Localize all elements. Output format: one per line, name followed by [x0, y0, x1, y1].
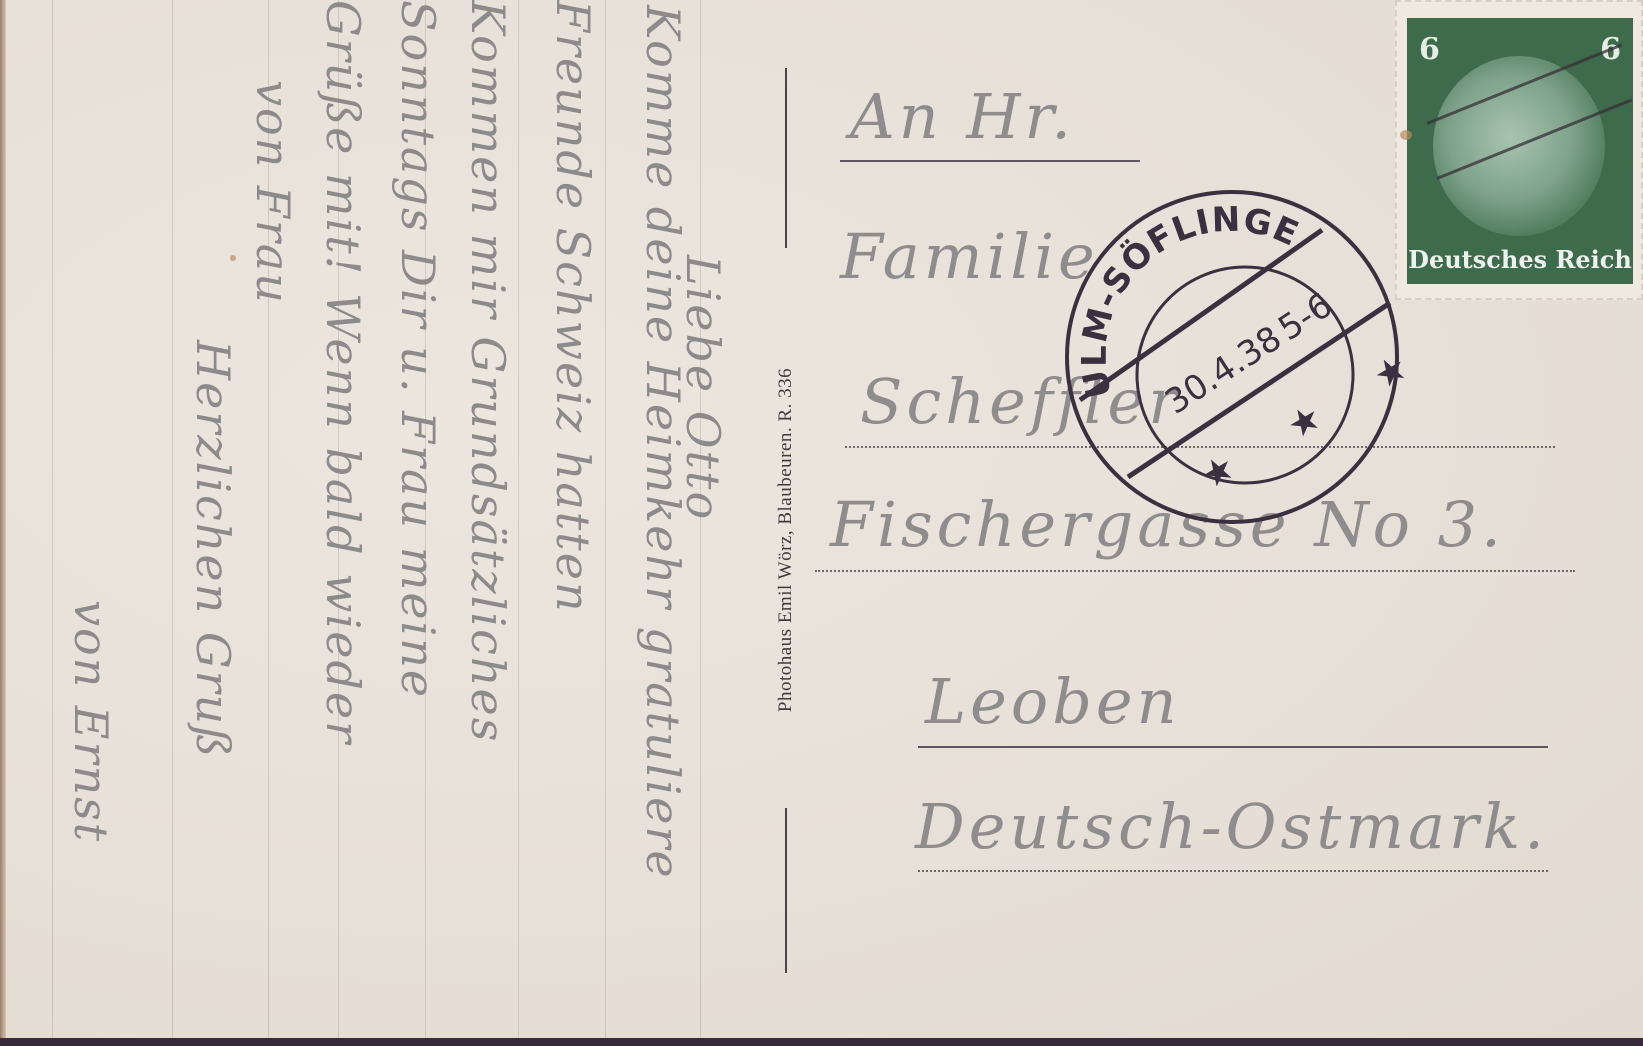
message-line: von Frau — [246, 80, 300, 305]
postmark-icon: ULM-SÖFLINGEN 30.4.38 5-6 ★ ★ ★ — [1060, 185, 1405, 530]
card-edge — [0, 0, 6, 1038]
address-line-1: An Hr. — [850, 80, 1075, 153]
postmark: ULM-SÖFLINGEN 30.4.38 5-6 ★ ★ ★ — [1060, 185, 1405, 530]
ruled-line — [518, 0, 519, 1040]
message-line: Komme deine Heimkehr gratuliere — [636, 5, 690, 880]
postage-stamp: 6 6 Deutsches Reich — [1395, 0, 1643, 300]
address-rule — [918, 870, 1548, 872]
stamp-face: 6 6 Deutsches Reich — [1407, 18, 1633, 284]
message-line: Grüße mit! Wenn bald wieder — [316, 0, 370, 745]
center-divider — [785, 68, 787, 248]
message-closing: Herzlichen Gruß — [186, 340, 240, 759]
address-rule — [840, 160, 1140, 162]
address-line-6: Deutsch-Ostmark. — [915, 790, 1548, 863]
svg-text:ULM-SÖFLINGEN: ULM-SÖFLINGEN — [1060, 185, 1305, 402]
message-line: Kommen mir Grundsätzliches — [461, 0, 515, 743]
message-line: Freunde Schweiz hatten — [546, 0, 600, 614]
postcard-back: Liebe Otto Komme deine Heimkehr gratulie… — [0, 0, 1643, 1046]
center-divider — [785, 808, 787, 973]
stamp-country: Deutsches Reich — [1407, 245, 1633, 274]
ruled-line — [52, 0, 53, 1040]
postmark-time: 5-6 — [1271, 285, 1339, 349]
stamp-value-left: 6 — [1419, 32, 1440, 67]
message-line: Sonntags Dir u. Frau meine — [391, 0, 445, 699]
paper-stain — [1400, 130, 1412, 140]
address-rule — [918, 746, 1548, 748]
address-line-5: Leoben — [925, 665, 1181, 738]
publisher-imprint: Photohaus Emil Wörz, Blaubeuren. R. 336 — [775, 368, 797, 712]
message-signature: von Ernst — [64, 600, 118, 843]
postmark-town: ULM-SÖFLINGEN — [1060, 185, 1305, 402]
address-rule — [815, 570, 1575, 572]
ruled-line — [172, 0, 173, 1040]
paper-stain — [230, 255, 236, 261]
ruled-line — [605, 0, 606, 1040]
